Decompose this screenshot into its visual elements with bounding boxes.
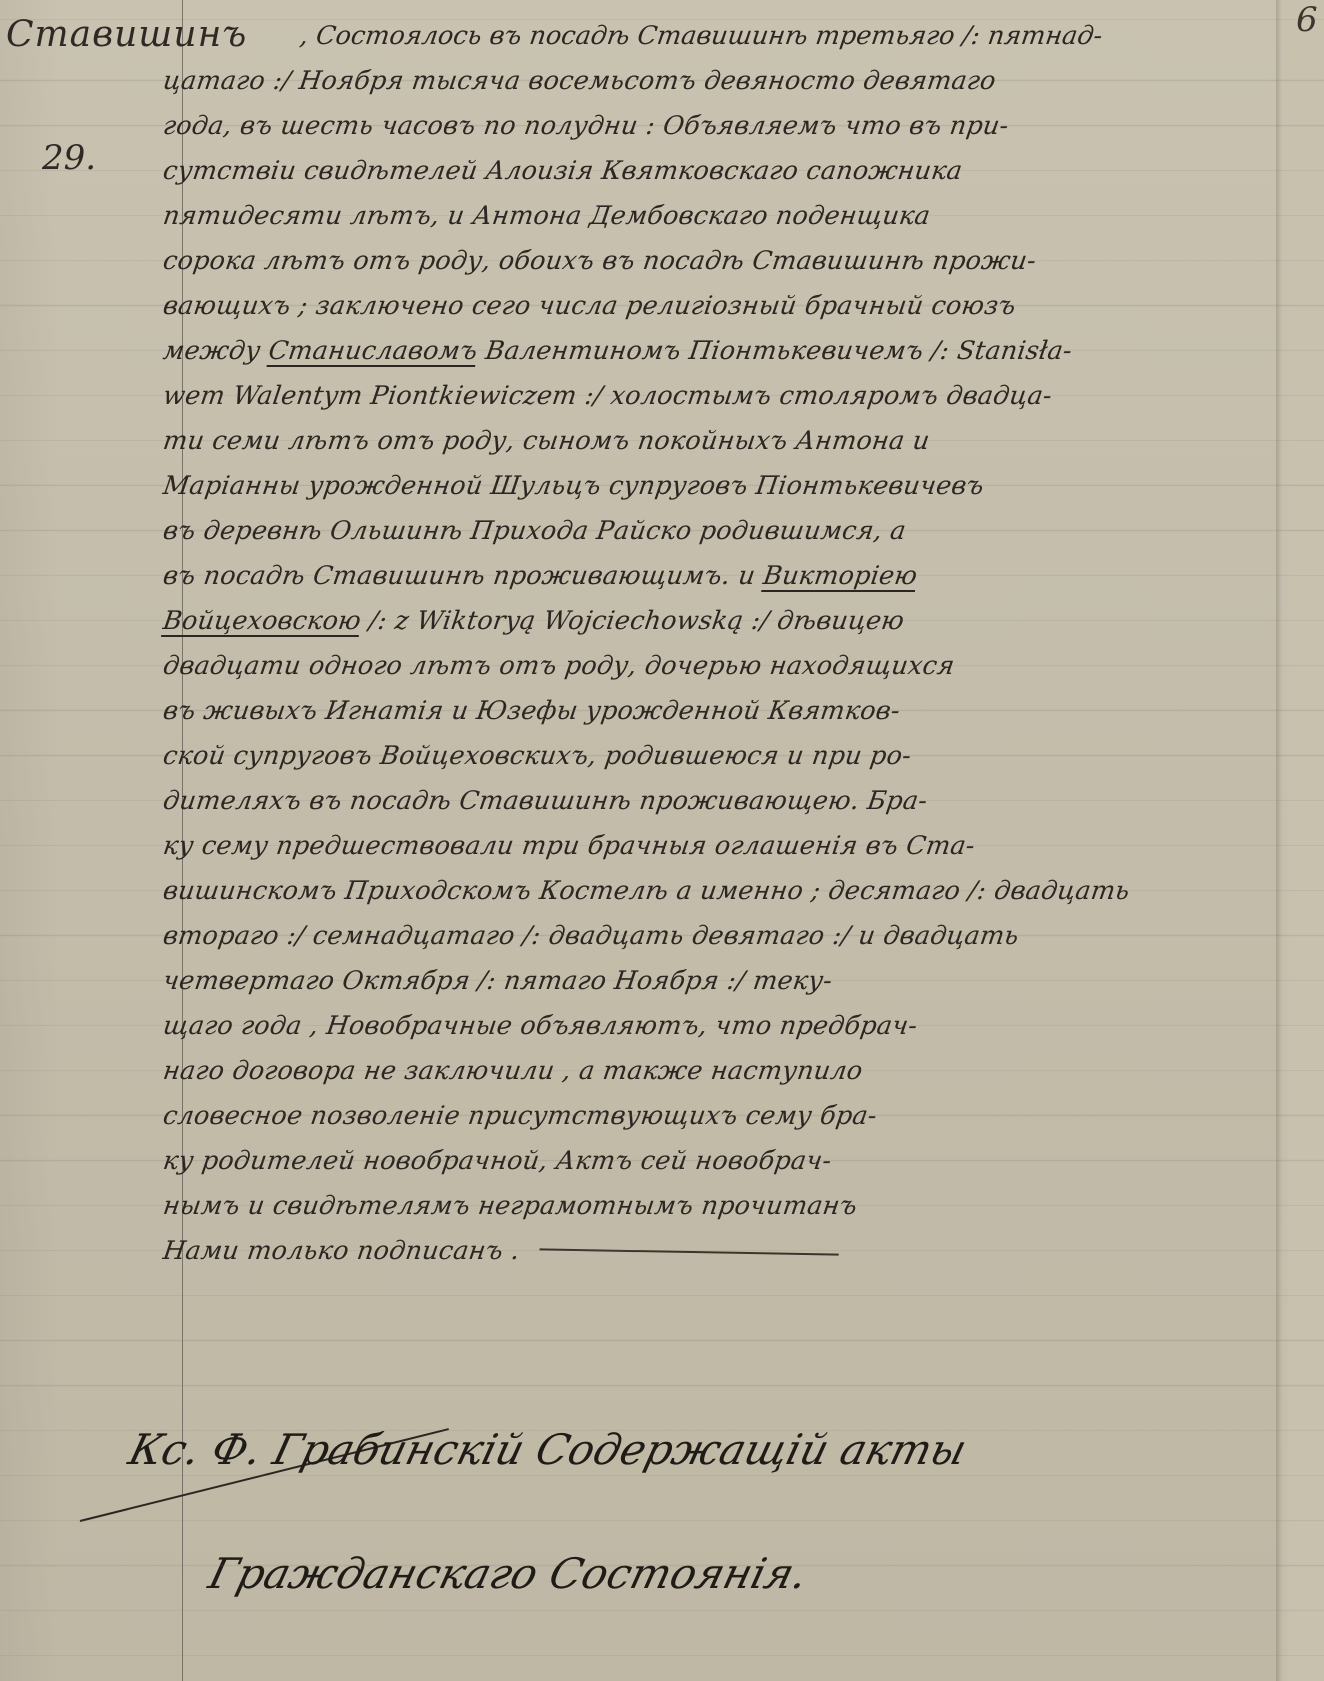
underlined-name: Станиславомъ (267, 336, 480, 366)
margin-record-number: 29. (42, 138, 96, 178)
body-line-23: щаго года , Новобрачные объявляютъ, что … (160, 1004, 1281, 1049)
end-of-text-dash (540, 1248, 840, 1255)
body-line-18: дителяхъ въ посадѣ Ставишинѣ проживающею… (160, 779, 1281, 824)
body-line-9: wem Walentym Piontkiewiczem :/ холостымъ… (160, 374, 1281, 419)
body-line-26: ку родителей новобрачной, Актъ сей новоб… (160, 1139, 1281, 1184)
closing-text: Нами только подписанъ . (161, 1236, 522, 1266)
signature-line-1: Кс. Ф. Грабинскій Содержащій акты (80, 1410, 1250, 1490)
underlined-name: Войцеховскою (161, 606, 363, 636)
page-gutter-edge (1276, 0, 1324, 1681)
body-line-27: нымъ и свидѣтелямъ неграмотнымъ прочитан… (160, 1184, 1281, 1229)
body-line-14-bride-surname: Войцеховскою /: z Wiktoryą Wojciechowską… (160, 599, 1281, 644)
body-line-22: четвертаго Октября /: пятаго Ноября :/ т… (160, 959, 1281, 1004)
body-line-24: наго договора не заключили , а также нас… (160, 1049, 1281, 1094)
body-line-17: ской супруговъ Войцеховскихъ, родившеюся… (160, 734, 1281, 779)
body-line-7: вающихъ ; заключено сего числа религіозн… (160, 284, 1281, 329)
body-line-3: года, въ шесть часовъ по полудни : Объяв… (160, 104, 1281, 149)
body-line-8-groom-name: между Станиславомъ Валентиномъ Піонтькев… (160, 329, 1281, 374)
body-line-11: Маріанны урожденной Шульцъ супруговъ Піо… (160, 464, 1281, 509)
registrar-signature: Кс. Ф. Грабинскій Содержащій акты Гражда… (90, 1410, 1240, 1614)
body-line-15: двадцати одного лѣтъ отъ роду, дочерью н… (160, 644, 1281, 689)
body-line-5: пятидесяти лѣтъ, и Антона Дембовскаго по… (160, 194, 1281, 239)
record-body: — цатаго :/ Ноября тысяча восемьсотъ дев… (160, 14, 1275, 1274)
body-line-6: сорока лѣтъ отъ роду, обоихъ въ посадѣ С… (160, 239, 1281, 284)
underlined-name: Викторіею (761, 561, 919, 591)
body-line-19: ку сему предшествовали три брачныя оглаш… (160, 824, 1281, 869)
body-line-20: вишинскомъ Приходскомъ Костелѣ а именно … (160, 869, 1281, 914)
body-line-28-closing: Нами только подписанъ . (160, 1229, 1281, 1274)
body-line-25: словесное позволеніе присутствующихъ сем… (160, 1094, 1281, 1139)
body-line-1-continuation: , Состоялось въ посадѣ Ставишинѣ третьяг… (297, 14, 1106, 59)
ledger-page: 6 Ставишинъ 29. — цатаго :/ Ноября тысяч… (0, 0, 1324, 1681)
page-number: 6 (1296, 0, 1318, 40)
body-line-4: сутствіи свидѣтелей Алоизія Квятковскаго… (160, 149, 1281, 194)
body-line-16: въ живыхъ Игнатія и Юзефы урожденной Квя… (160, 689, 1281, 734)
body-line-12: въ деревнѣ Ольшинѣ Прихода Райско родивш… (160, 509, 1281, 554)
body-line-1-text: , Состоялось въ посадѣ Ставишинѣ третьяг… (298, 21, 1104, 51)
signature-line-2: Гражданскаго Состоянія. (80, 1534, 1250, 1614)
body-line-13-bride-name: въ посадѣ Ставишинѣ проживающимъ. и Викт… (160, 554, 1281, 599)
body-line-10: ти семи лѣтъ отъ роду, сыномъ покойныхъ … (160, 419, 1281, 464)
body-line-21: втораго :/ семнадцатаго /: двадцать девя… (160, 914, 1281, 959)
body-line-2: цатаго :/ Ноября тысяча восемьсотъ девян… (160, 59, 1281, 104)
